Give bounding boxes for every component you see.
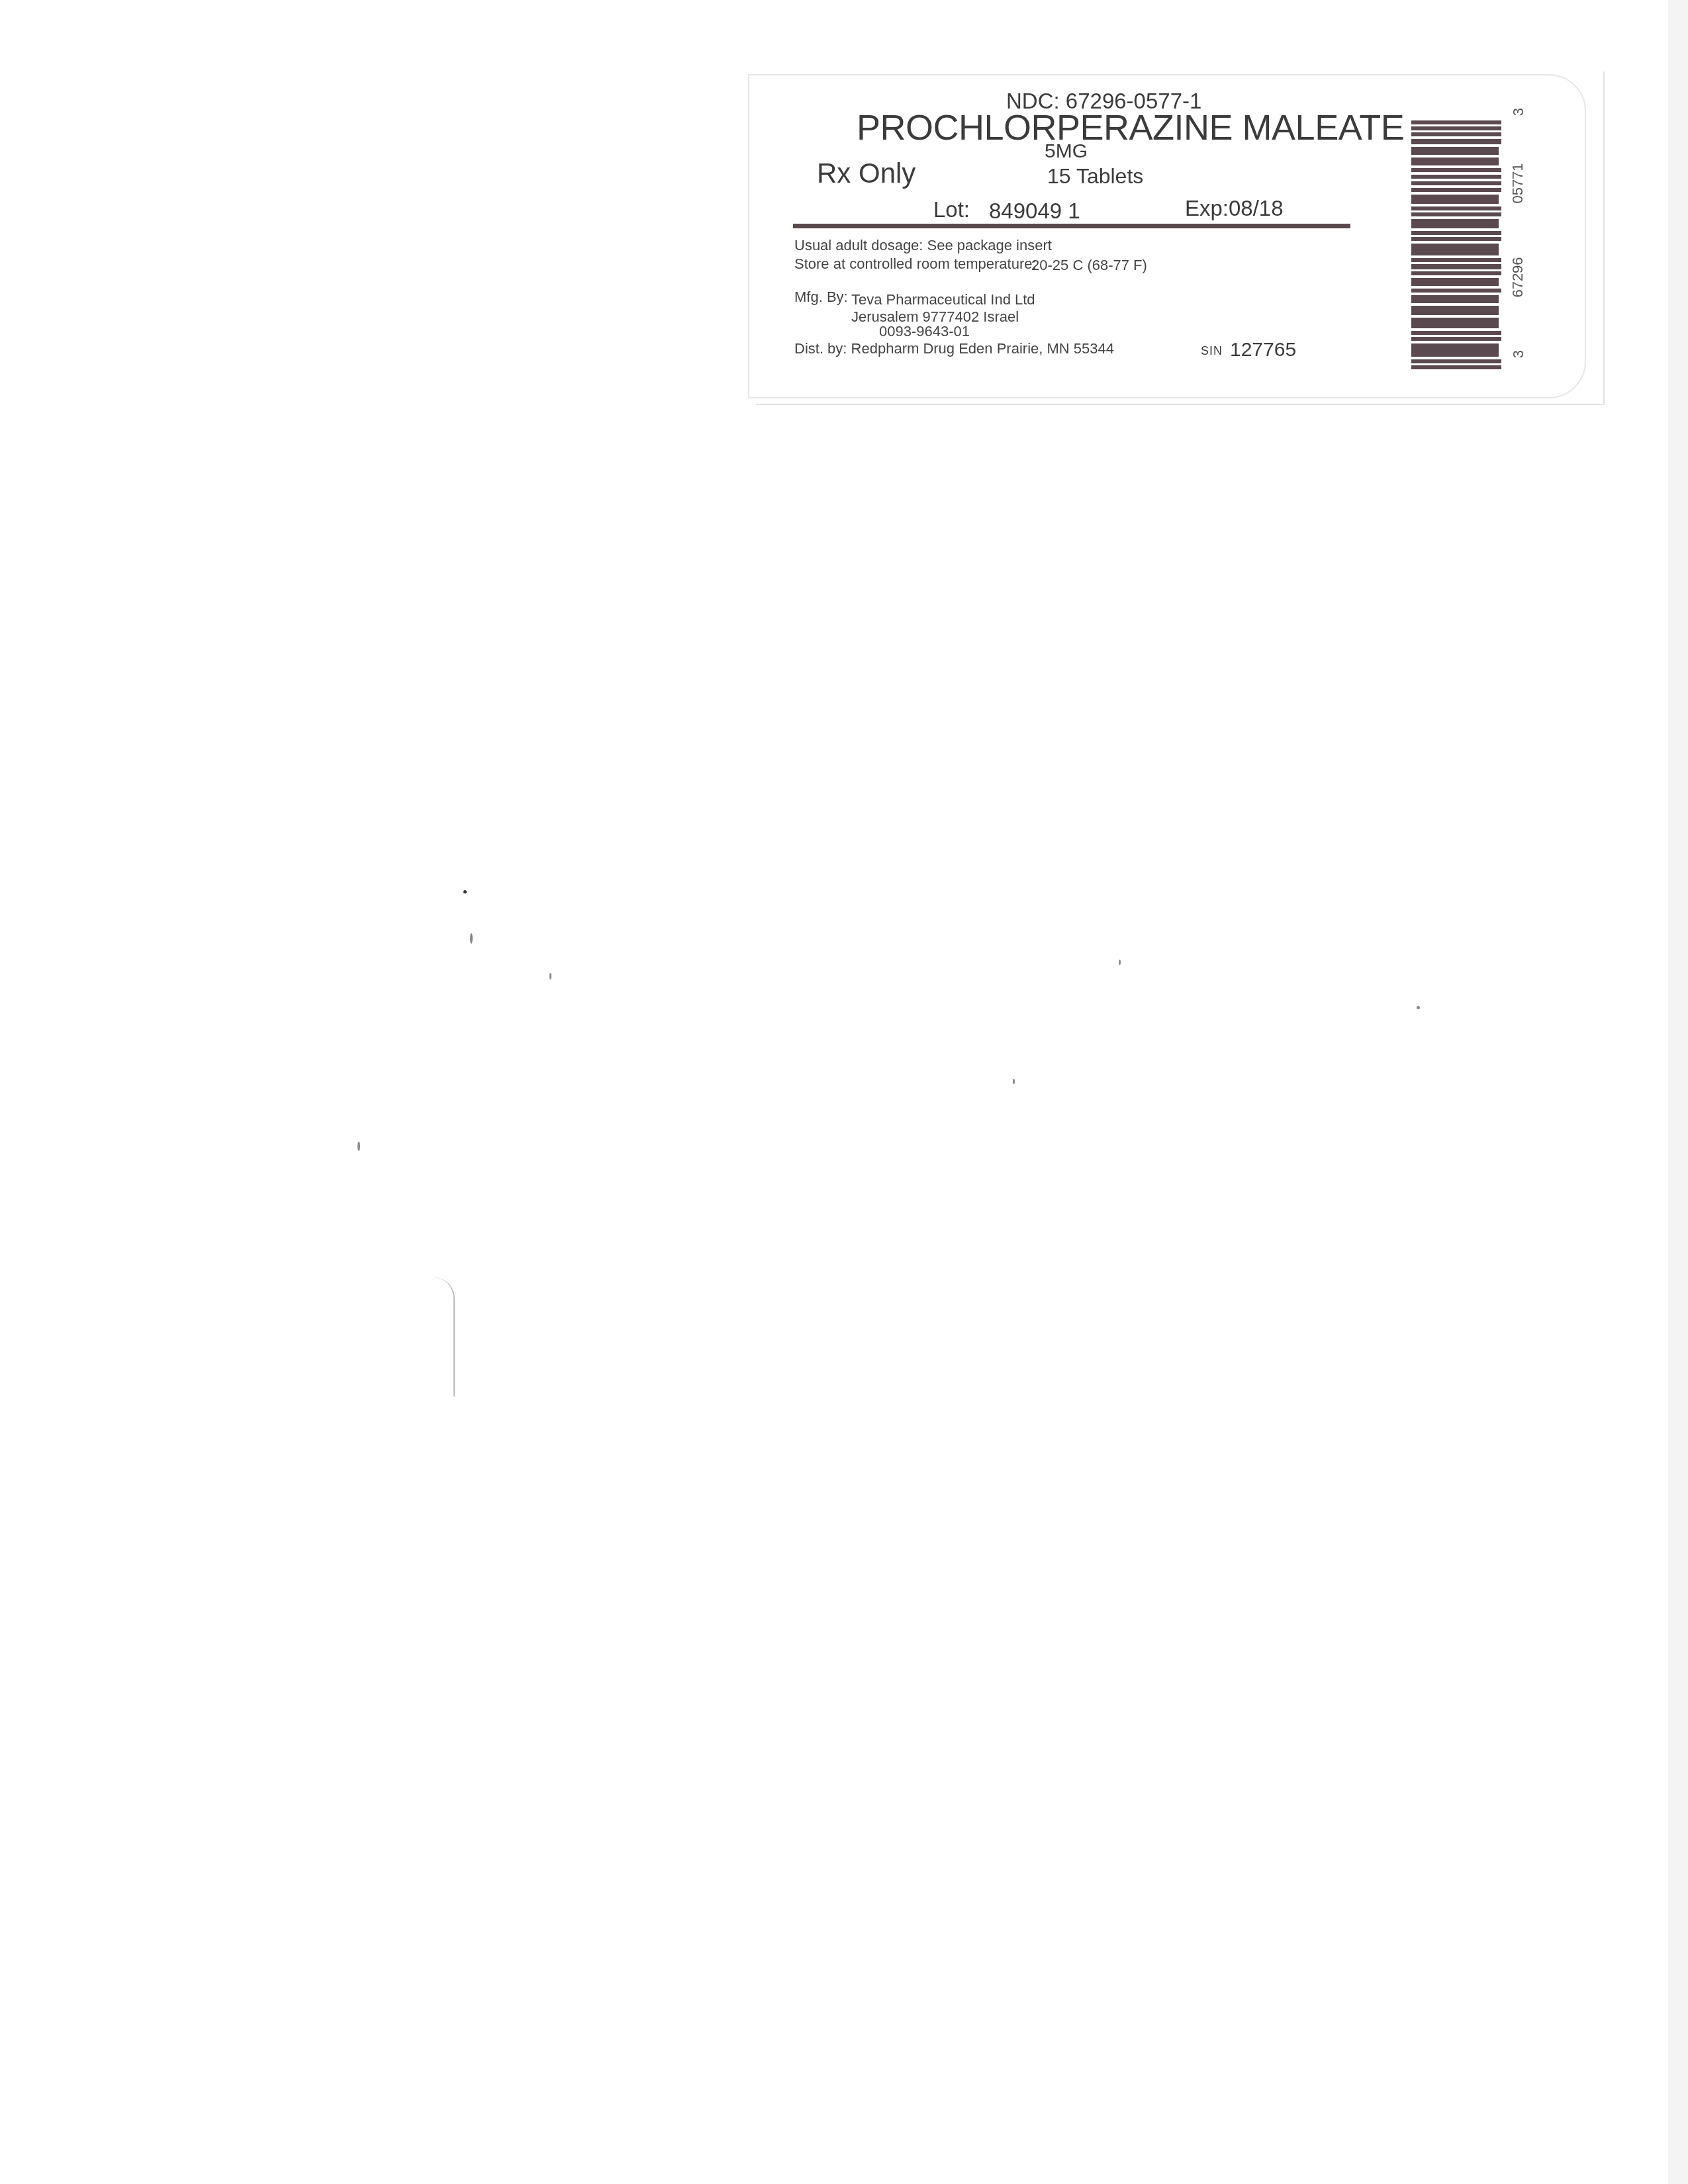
scan-speck xyxy=(1119,960,1121,965)
scan-speck xyxy=(463,890,467,893)
barcode-digits-group1: 05771 xyxy=(1509,163,1526,203)
barcode-bar xyxy=(1411,365,1501,369)
lot-label: Lot: xyxy=(933,197,970,222)
dosage-info: Usual adult dosage: See package insert xyxy=(794,237,1052,254)
storage-temp: 20-25 C (68-77 F) xyxy=(1031,257,1147,274)
scan-hair xyxy=(434,1277,455,1396)
barcode-bar xyxy=(1411,244,1499,255)
barcode-bar xyxy=(1411,206,1501,210)
drug-name: PROCHLORPERAZINE MALEATE xyxy=(857,107,1404,148)
barcode-bar xyxy=(1411,126,1501,130)
barcode-bar xyxy=(1411,147,1499,155)
manufacturer-name: Teva Pharmaceutical Ind Ltd xyxy=(851,291,1035,308)
scan-speck xyxy=(357,1142,360,1151)
barcode xyxy=(1411,120,1505,349)
lot-number: 849049 1 xyxy=(989,199,1080,224)
prescription-label: NDC: 67296-0577-1 PROCHLORPERAZINE MALEA… xyxy=(748,74,1586,398)
rx-only: Rx Only xyxy=(817,158,915,189)
barcode-bar xyxy=(1411,120,1501,124)
barcode-bar xyxy=(1411,212,1501,216)
sin-label: SIN xyxy=(1201,344,1223,358)
barcode-bar xyxy=(1411,337,1501,341)
barcode-bar xyxy=(1411,158,1499,165)
drug-strength: 5MG xyxy=(1045,140,1088,163)
distributor: Dist. by: Redpharm Drug Eden Prairie, MN… xyxy=(794,340,1114,357)
barcode-bar xyxy=(1411,168,1501,172)
barcode-bar xyxy=(1411,359,1501,363)
scan-speck xyxy=(1013,1079,1015,1084)
barcode-bar xyxy=(1411,331,1501,335)
barcode-bar xyxy=(1411,343,1499,357)
barcode-digits-group2: 67296 xyxy=(1509,257,1526,297)
barcode-bar xyxy=(1411,258,1501,262)
barcode-bar xyxy=(1411,306,1499,315)
exp-label: Exp: xyxy=(1185,196,1229,221)
barcode-bar xyxy=(1411,188,1501,192)
divider xyxy=(793,224,1350,228)
sin-number: 127765 xyxy=(1230,339,1296,361)
barcode-digit-top: 3 xyxy=(1510,108,1527,116)
scan-speck xyxy=(1417,1006,1420,1009)
barcode-bar xyxy=(1411,271,1501,275)
barcode-bar xyxy=(1411,318,1499,328)
barcode-bar xyxy=(1411,132,1501,136)
barcode-bar xyxy=(1411,175,1501,179)
mfg-label: Mfg. By: xyxy=(794,289,848,306)
barcode-bar xyxy=(1411,264,1501,269)
barcode-bar xyxy=(1411,231,1501,235)
barcode-bar xyxy=(1411,139,1501,144)
barcode-bar xyxy=(1411,195,1499,204)
exp-date: 08/18 xyxy=(1229,196,1284,221)
barcode-bar xyxy=(1411,237,1501,241)
manufacturer-code: 0093-9643-01 xyxy=(879,323,970,340)
barcode-bar xyxy=(1411,181,1501,185)
barcode-bar xyxy=(1411,219,1499,228)
scanner-edge xyxy=(1668,0,1688,2184)
scan-speck xyxy=(549,973,551,979)
barcode-digit-bottom: 3 xyxy=(1510,350,1527,358)
barcode-bar xyxy=(1411,278,1499,286)
storage-info: Store at controlled room temperature: xyxy=(794,255,1037,273)
tablet-count: 15 Tablets xyxy=(1047,164,1143,189)
scan-speck xyxy=(470,933,473,944)
barcode-bar xyxy=(1411,289,1501,293)
barcode-bar xyxy=(1411,295,1499,303)
